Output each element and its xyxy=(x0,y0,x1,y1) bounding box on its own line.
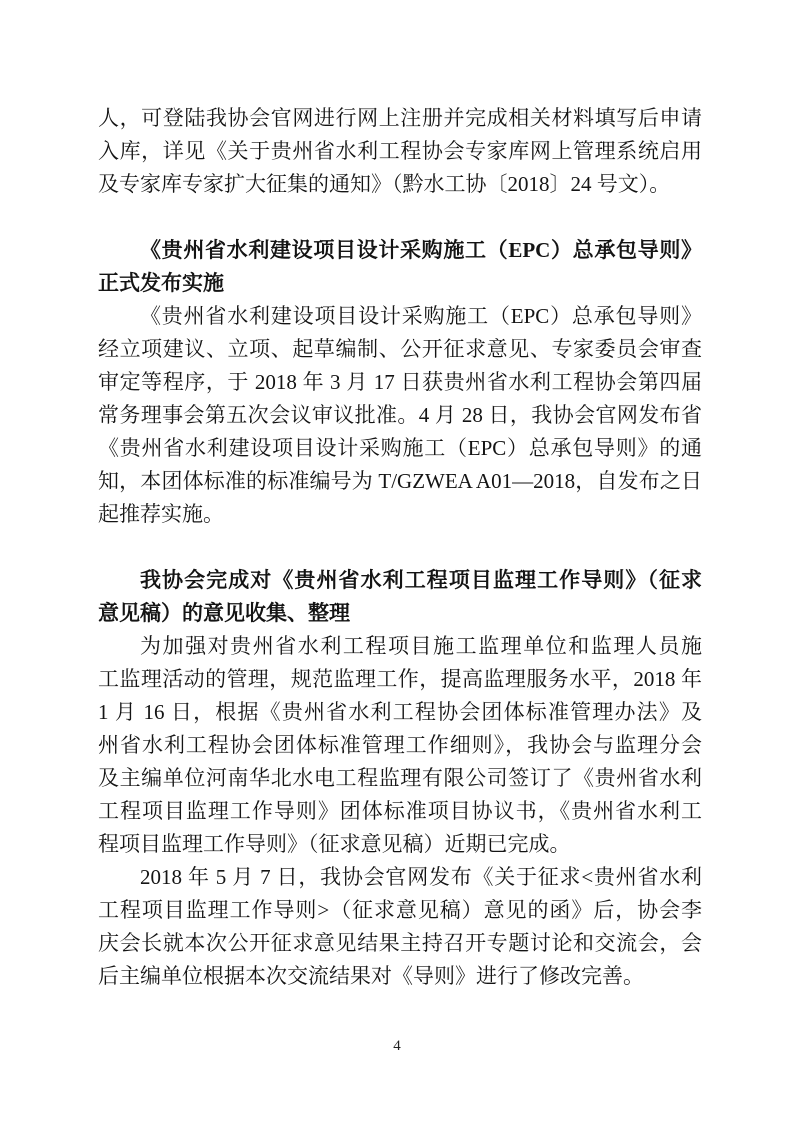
text-line: 为加强对贵州省水利工程项目施工监理单位和监理人员施 xyxy=(98,630,702,663)
text-line: 州省水利工程协会团体标准管理工作细则》，我协会与监理分会 xyxy=(98,729,702,762)
text-line: 知，本团体标准的标准编号为 T/GZWEA A01—2018，自发布之日 xyxy=(98,465,702,498)
text-line: 1 月 16 日，根据《贵州省水利工程协会团体标准管理办法》及《贵 xyxy=(98,696,702,729)
page-footer: 4 xyxy=(0,1036,794,1056)
text-line: 及专家库专家扩大征集的通知》（黔水工协〔2018〕24 号文）。 xyxy=(98,168,702,201)
paragraph: 2018 年 5 月 7 日，我协会官网发布《关于征求<贵州省水利 工程项目监理… xyxy=(98,861,702,993)
heading-line: 正式发布实施 xyxy=(98,267,702,300)
text-line: 庆会长就本次公开征求意见结果主持召开专题讨论和交流会，会 xyxy=(98,927,702,960)
text-line: 审定等程序，于 2018 年 3 月 17 日获贵州省水利工程协会第四届 xyxy=(98,366,702,399)
section-heading: 《贵州省水利建设项目设计采购施工（EPC）总承包导则》 正式发布实施 xyxy=(98,234,702,300)
text-line: 《贵州省水利建设项目设计采购施工（EPC）总承包导则》的通 xyxy=(98,432,702,465)
heading-line: 《贵州省水利建设项目设计采购施工（EPC）总承包导则》 xyxy=(98,234,702,267)
text-line: 工程项目监理工作导则>（征求意见稿）意见的函》后，协会李 xyxy=(98,894,702,927)
page-number: 4 xyxy=(393,1038,401,1054)
heading-line: 意见稿）的意见收集、整理 xyxy=(98,597,702,630)
section-heading: 我协会完成对《贵州省水利工程项目监理工作导则》（征求 意见稿）的意见收集、整理 xyxy=(98,564,702,630)
heading-line: 我协会完成对《贵州省水利工程项目监理工作导则》（征求 xyxy=(98,564,702,597)
text-line: 《贵州省水利建设项目设计采购施工（EPC）总承包导则》 xyxy=(98,300,702,333)
document-page: 人，可登陆我协会官网进行网上注册并完成相关材料填写后申请 入库，详见《关于贵州省… xyxy=(0,0,794,1123)
paragraph: 为加强对贵州省水利工程项目施工监理单位和监理人员施 工监理活动的管理，规范监理工… xyxy=(98,630,702,861)
paragraph: 人，可登陆我协会官网进行网上注册并完成相关材料填写后申请 入库，详见《关于贵州省… xyxy=(98,102,702,201)
text-line: 起推荐实施。 xyxy=(98,498,702,531)
text-line: 程项目监理工作导则》（征求意见稿）近期已完成。 xyxy=(98,828,702,861)
text-line: 经立项建议、立项、起草编制、公开征求意见、专家委员会审查 xyxy=(98,333,702,366)
text-line: 工监理活动的管理，规范监理工作，提高监理服务水平，2018 年 xyxy=(98,663,702,696)
text-line: 常务理事会第五次会议审议批准。4 月 28 日，我协会官网发布省 xyxy=(98,399,702,432)
paragraph: 《贵州省水利建设项目设计采购施工（EPC）总承包导则》 经立项建议、立项、起草编… xyxy=(98,300,702,531)
text-line: 人，可登陆我协会官网进行网上注册并完成相关材料填写后申请 xyxy=(98,102,702,135)
text-line: 工程项目监理工作导则》团体标准项目协议书，《贵州省水利工 xyxy=(98,795,702,828)
text-line: 2018 年 5 月 7 日，我协会官网发布《关于征求<贵州省水利 xyxy=(98,861,702,894)
page-content: 人，可登陆我协会官网进行网上注册并完成相关材料填写后申请 入库，详见《关于贵州省… xyxy=(98,102,702,993)
text-line: 及主编单位河南华北水电工程监理有限公司签订了《贵州省水利 xyxy=(98,762,702,795)
text-line: 后主编单位根据本次交流结果对《导则》进行了修改完善。 xyxy=(98,960,702,993)
text-line: 入库，详见《关于贵州省水利工程协会专家库网上管理系统启用 xyxy=(98,135,702,168)
